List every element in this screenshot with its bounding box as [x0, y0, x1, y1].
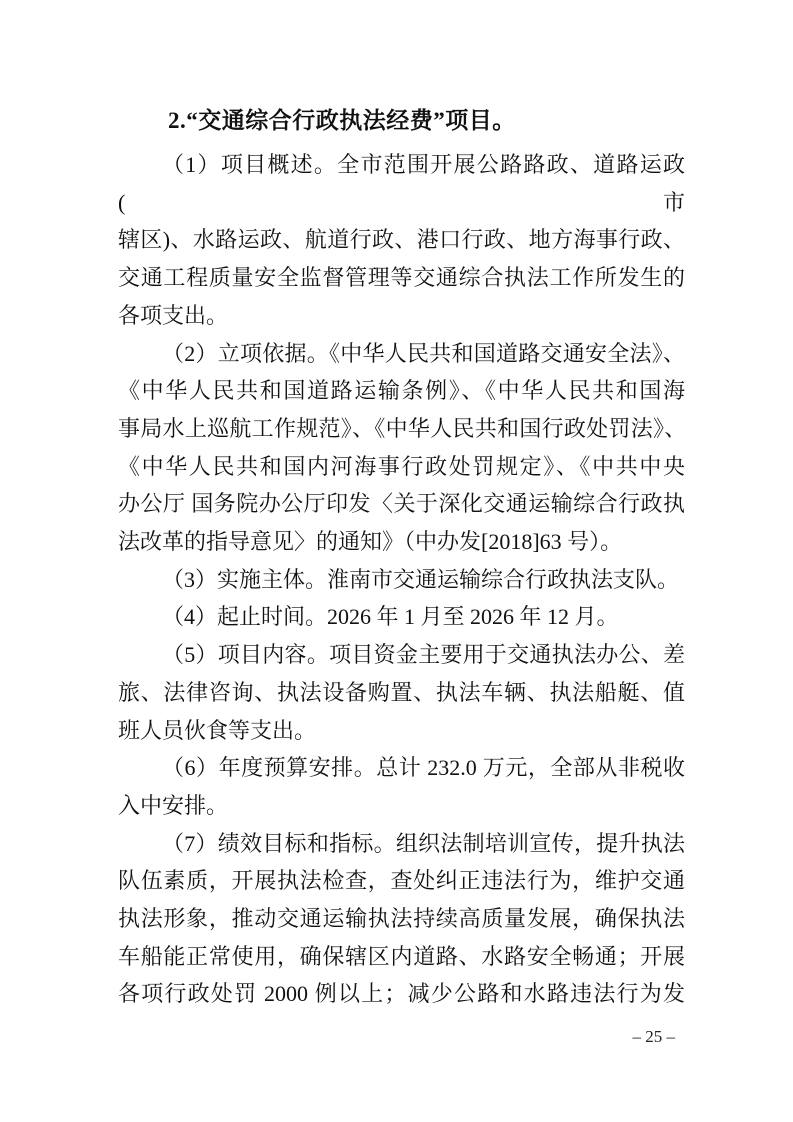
text-line: 车船能正常使用，确保辖区内道路、水路安全畅通；开展: [118, 938, 685, 976]
paragraph-performance-targets: （7）绩效目标和指标。组织法制培训宣传，提升执法 队伍素质，开展执法检查，查处纠…: [118, 825, 685, 1014]
text-line: 事局水上巡航工作规范》、《中华人民共和国行政处罚法》、: [118, 410, 685, 448]
text-line: 各项行政处罚 2000 例以上；减少公路和水路违法行为发: [118, 975, 685, 1013]
text-line: （1）项目概述。全市范围开展公路路政、道路运政(市: [118, 146, 685, 221]
text-line: （5）项目内容。项目资金主要用于交通执法办公、差: [118, 636, 685, 674]
text-line: 执法形象，推动交通运输执法持续高质量发展，确保执法: [118, 900, 685, 938]
document-page: 2.“交通综合行政执法经费”项目。 （1）项目概述。全市范围开展公路路政、道路运…: [0, 0, 793, 1122]
text-line: （3）实施主体。淮南市交通运输综合行政执法支队。: [118, 561, 685, 599]
paragraph-legal-basis: （2）立项依据。《中华人民共和国道路交通安全法》、 《中华人民共和国道路运输条例…: [118, 335, 685, 561]
document-body: 2.“交通综合行政执法经费”项目。 （1）项目概述。全市范围开展公路路政、道路运…: [118, 96, 685, 1013]
text-line: 法改革的指导意见〉的通知》（中办发[2018]63 号）。: [118, 523, 685, 561]
text-line: 入中安排。: [118, 787, 685, 825]
paragraph-annual-budget: （6）年度预算安排。总计 232.0 万元，全部从非税收 入中安排。: [118, 749, 685, 824]
text-line: 班人员伙食等支出。: [118, 712, 685, 750]
paragraph-project-overview: （1）项目概述。全市范围开展公路路政、道路运政(市 辖区)、水路运政、航道行政、…: [118, 146, 685, 335]
text-line: 办公厅 国务院办公厅印发〈关于深化交通运输综合行政执: [118, 485, 685, 523]
page-number: – 25 –: [633, 1026, 676, 1048]
text-line: （7）绩效目标和指标。组织法制培训宣传，提升执法: [118, 825, 685, 863]
paragraph-implementing-body: （3）实施主体。淮南市交通运输综合行政执法支队。: [118, 561, 685, 599]
text-line: 各项支出。: [118, 297, 685, 335]
text-line: （6）年度预算安排。总计 232.0 万元，全部从非税收: [118, 749, 685, 787]
text-line: 旅、法律咨询、执法设备购置、执法车辆、执法船艇、值: [118, 674, 685, 712]
text-line: 队伍素质，开展执法检查，查处纠正违法行为，维护交通: [118, 862, 685, 900]
text-line: （4）起止时间。2026 年 1 月至 2026 年 12 月。: [118, 598, 685, 636]
text-line: 交通工程质量安全监督管理等交通综合执法工作所发生的: [118, 259, 685, 297]
text-line: （2）立项依据。《中华人民共和国道路交通安全法》、: [118, 335, 685, 373]
text-line: 《中华人民共和国道路运输条例》、《中华人民共和国海: [118, 372, 685, 410]
text-line: 辖区)、水路运政、航道行政、港口行政、地方海事行政、: [118, 221, 685, 259]
paragraph-time-period: （4）起止时间。2026 年 1 月至 2026 年 12 月。: [118, 598, 685, 636]
text-line: 《中华人民共和国内河海事行政处罚规定》、《中共中央: [118, 448, 685, 486]
paragraph-project-content: （5）项目内容。项目资金主要用于交通执法办公、差 旅、法律咨询、执法设备购置、执…: [118, 636, 685, 749]
section-title: 2.“交通综合行政执法经费”项目。: [118, 96, 685, 146]
